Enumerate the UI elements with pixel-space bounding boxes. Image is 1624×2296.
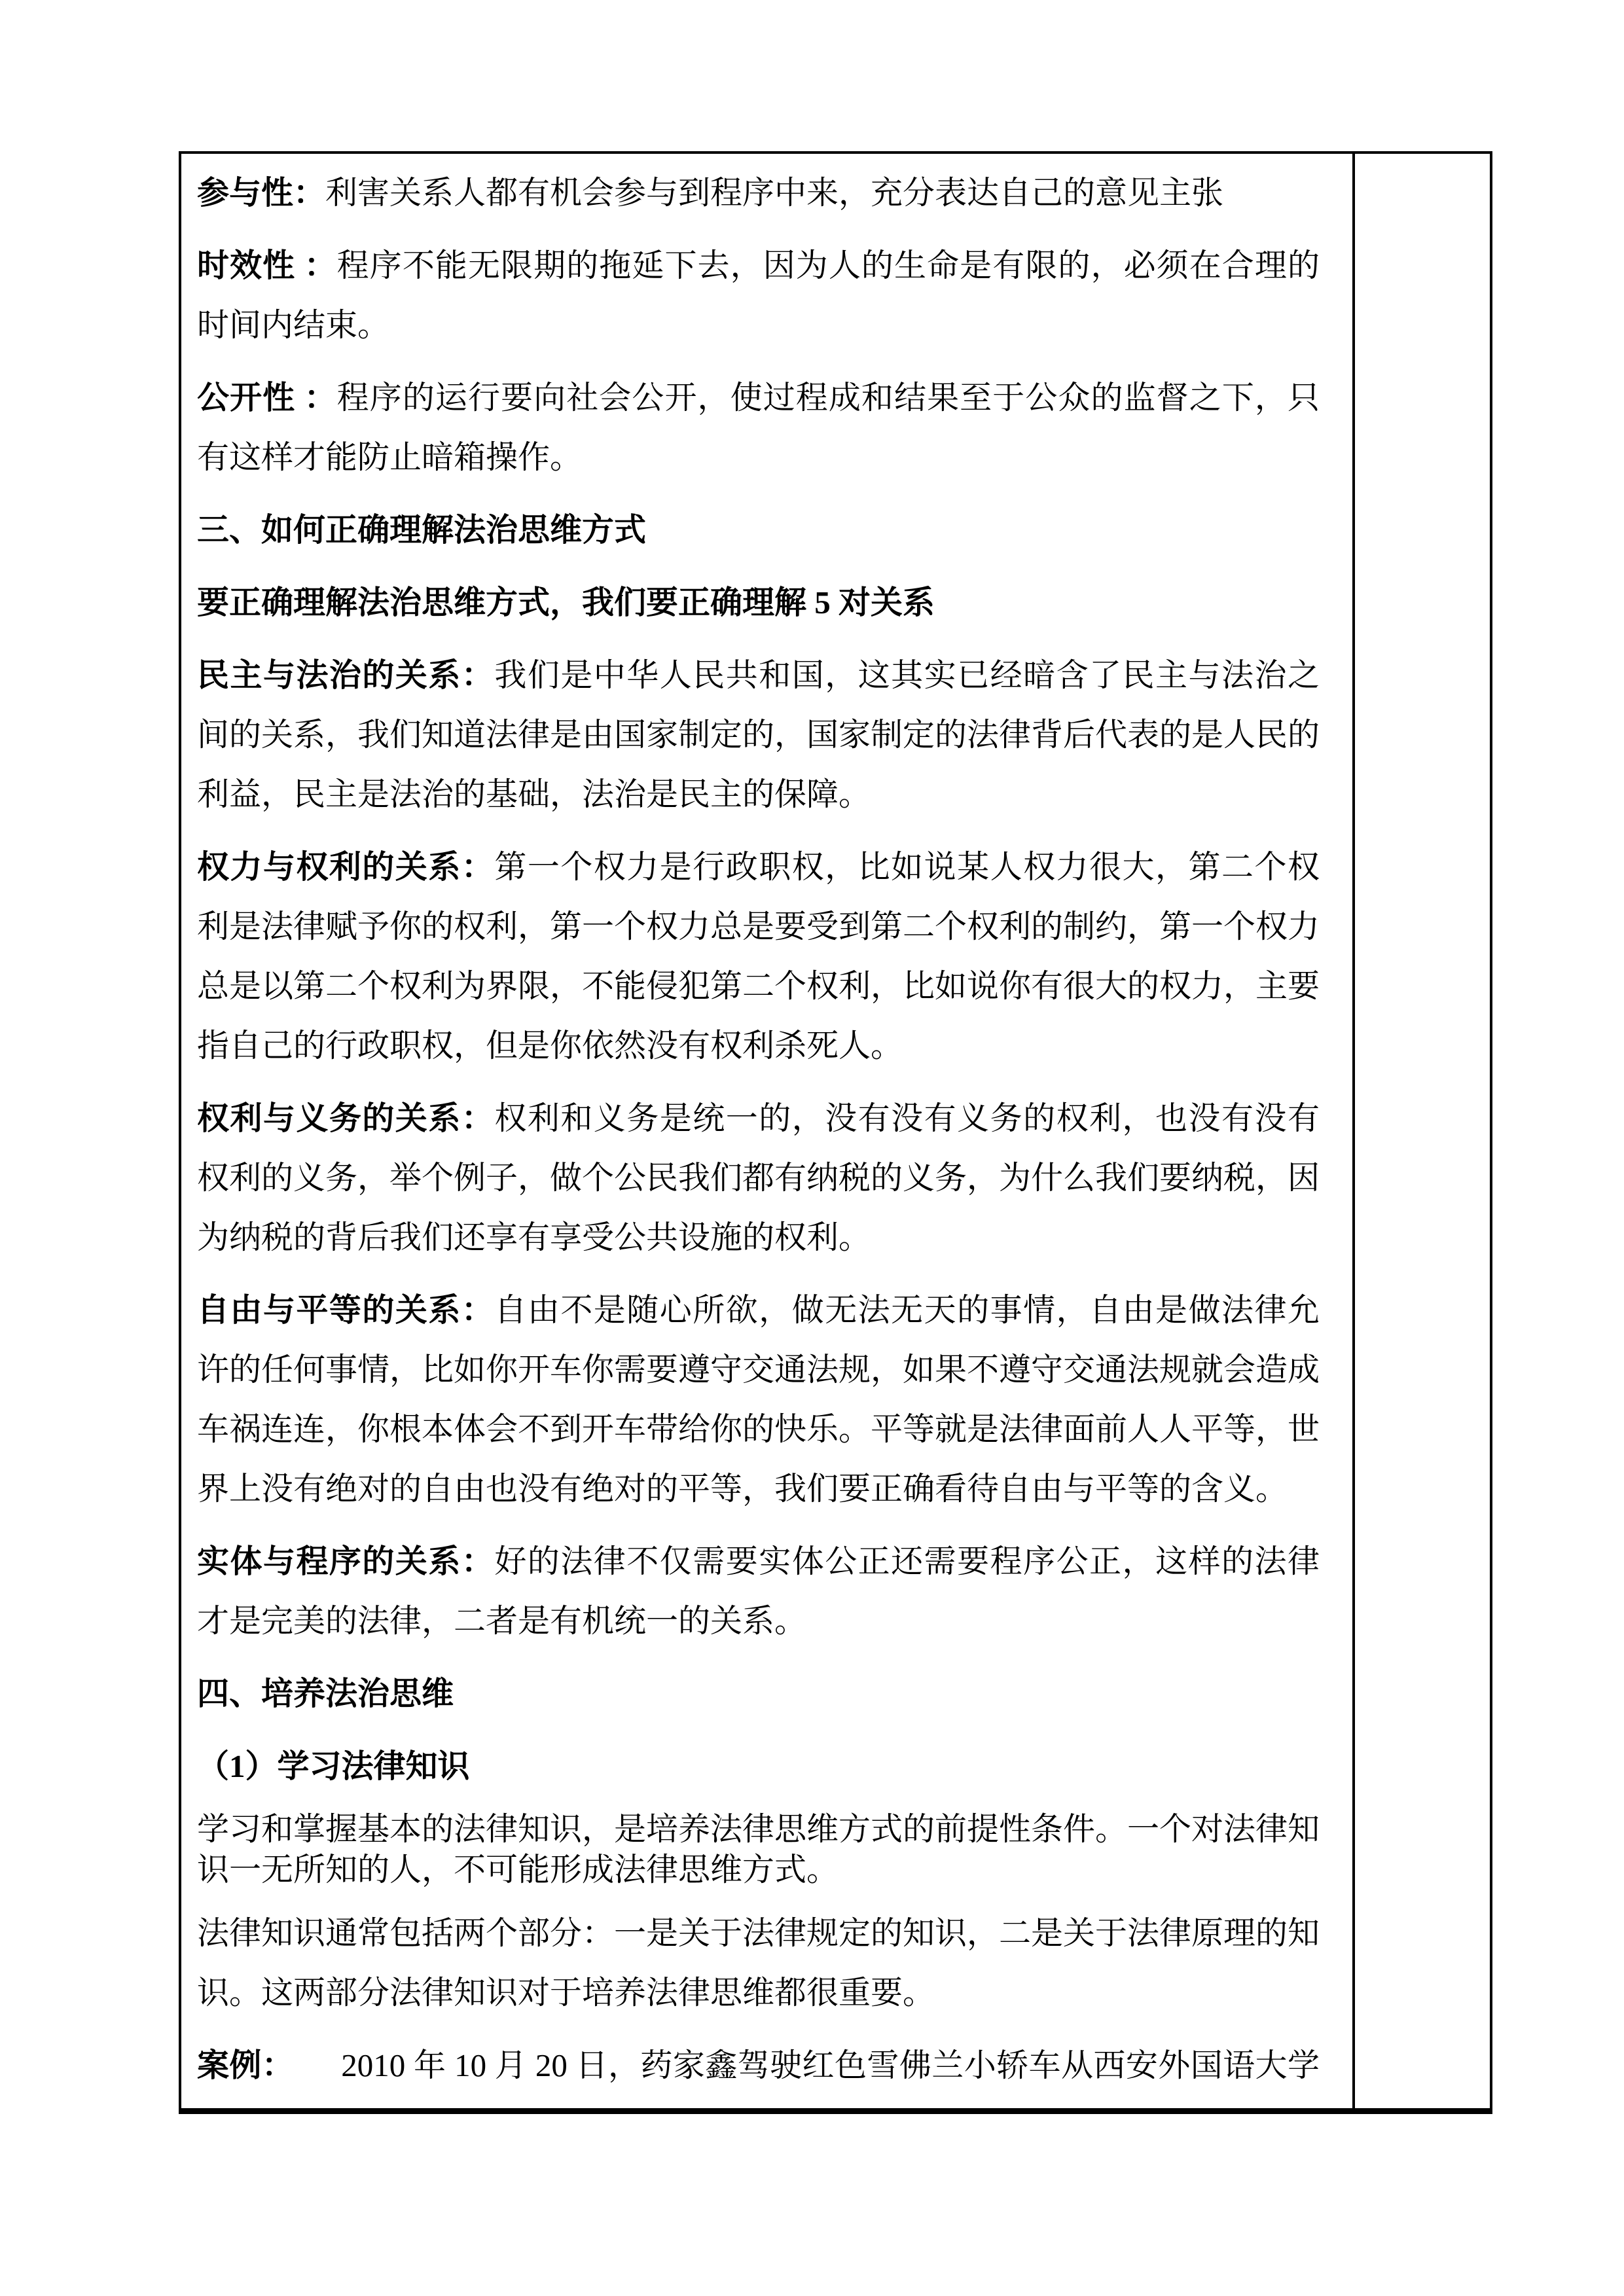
heading-section-4: 四、培养法治思维: [197, 1664, 1320, 1723]
term-label: 自由与平等的关系：: [197, 1292, 494, 1328]
paragraph-legal-knowledge-parts: 法律知识通常包括两个部分：一是关于法律规定的知识，二是关于法律原理的知识。这两部…: [197, 1903, 1320, 2022]
term-label: 时效性 ：: [197, 247, 337, 283]
term-label: 权力与权利的关系：: [197, 849, 494, 885]
paragraph-rights-vs-duties: 权利与义务的关系：权利和义务是统一的，没有没有义务的权利，也没有没有权利的义务，…: [197, 1088, 1320, 1267]
heading-section-3: 三、如何正确理解法治思维方式: [197, 500, 1320, 560]
term-label: 公开性 ：: [197, 380, 337, 416]
table-cell-side-empty: [1355, 154, 1490, 2108]
content-table: 参与性：利害关系人都有机会参与到程序中来，充分表达自己的意见主张 时效性 ：程序…: [179, 151, 1492, 2114]
paragraph-participation: 参与性：利害关系人都有机会参与到程序中来，充分表达自己的意见主张: [197, 163, 1320, 223]
table-cell-main: 参与性：利害关系人都有机会参与到程序中来，充分表达自己的意见主张 时效性 ：程序…: [181, 154, 1355, 2108]
paragraph-power-vs-rights: 权力与权利的关系：第一个权力是行政职权，比如说某人权力很大，第二个权利是法律赋予…: [197, 837, 1320, 1075]
paragraph-text: 程序的运行要向社会公开，使过程成和结果至于公众的监督之下，只有这样才能防止暗箱操…: [197, 380, 1320, 475]
paragraph-substance-vs-procedure: 实体与程序的关系：好的法律不仅需要实体公正还需要程序公正，这样的法律才是完美的法…: [197, 1532, 1320, 1651]
paragraph-openness: 公开性 ：程序的运行要向社会公开，使过程成和结果至于公众的监督之下，只有这样才能…: [197, 368, 1320, 487]
paragraph-text: 2010 年 10 月 20 日，药家鑫驾驶红色雪佛兰小轿车从西安外国语大学长: [197, 2047, 1320, 2108]
paragraph-five-relations-intro: 要正确理解法治思维方式，我们要正确理解 5 对关系: [197, 573, 1320, 632]
paragraph-democracy-rule-of-law: 民主与法治的关系：我们是中华人民共和国，这其实已经暗含了民主与法治之间的关系，我…: [197, 645, 1320, 824]
paragraph-case-yaojiaxin: 案例：2010 年 10 月 20 日，药家鑫驾驶红色雪佛兰小轿车从西安外国语大…: [197, 2036, 1320, 2108]
paragraph-timeliness: 时效性 ：程序不能无限期的拖延下去，因为人的生命是有限的，必须在合理的时间内结束…: [197, 236, 1320, 355]
paragraph-text: 利害关系人都有机会参与到程序中来，充分表达自己的意见主张: [325, 175, 1223, 211]
term-label: 案例：: [197, 2047, 294, 2083]
paragraph-text: 程序不能无限期的拖延下去，因为人的生命是有限的，必须在合理的时间内结束。: [197, 247, 1320, 343]
paragraph-learn-knowledge-premise: 学习和掌握基本的法律知识，是培养法律思维方式的前提性条件。一个对法律知识一无所知…: [197, 1809, 1320, 1890]
paragraph-freedom-vs-equality: 自由与平等的关系：自由不是随心所欲，做无法无天的事情，自由是做法律允许的任何事情…: [197, 1280, 1320, 1518]
term-label: 民主与法治的关系：: [197, 657, 494, 693]
term-label: 参与性：: [197, 175, 325, 211]
heading-learn-legal-knowledge: （1）学习法律知识: [197, 1736, 1320, 1796]
term-label: 实体与程序的关系：: [197, 1543, 494, 1579]
term-label: 权利与义务的关系：: [197, 1100, 494, 1136]
